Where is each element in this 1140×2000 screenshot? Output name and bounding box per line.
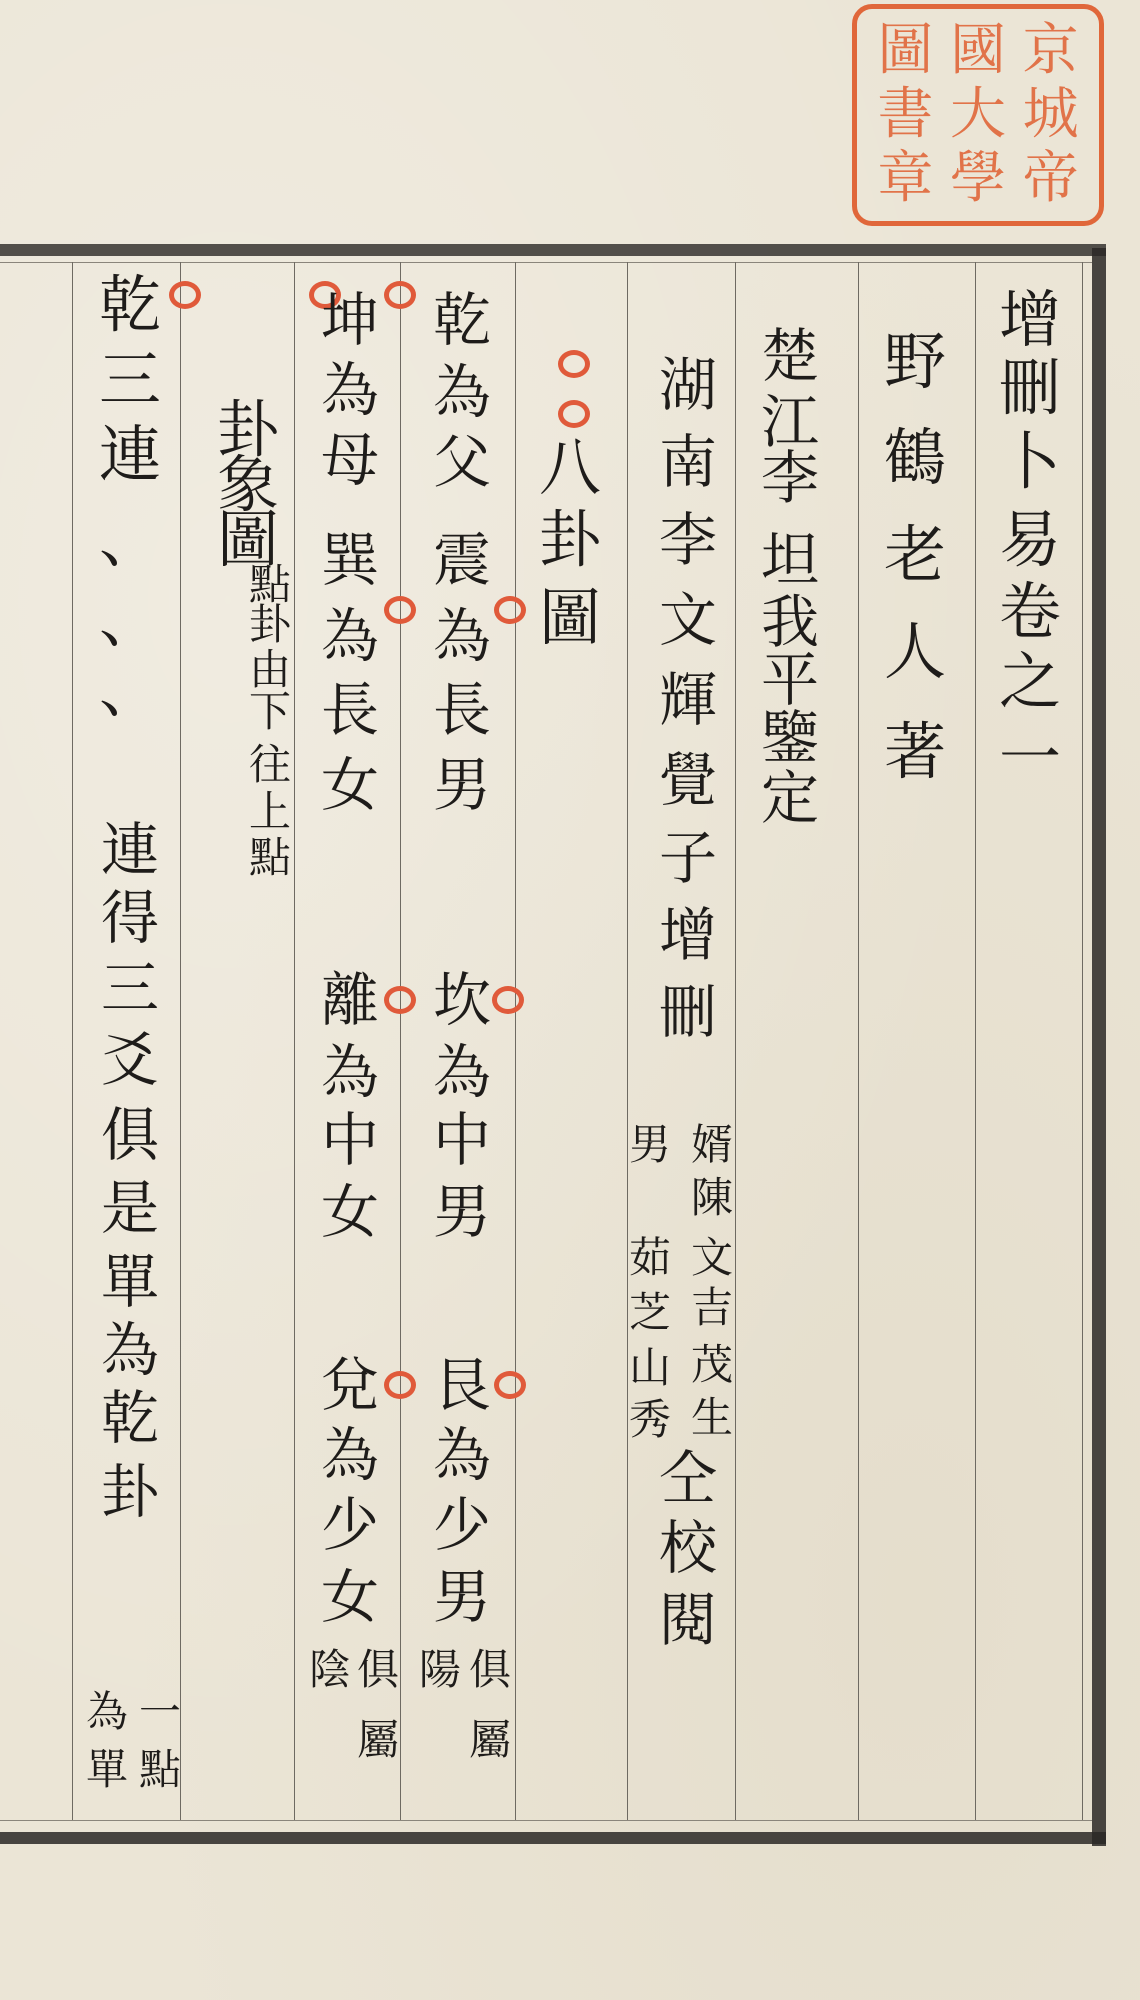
collator-right-char: 茂: [691, 1344, 733, 1386]
yang-entry-char: 少: [433, 1496, 491, 1554]
yin-entry-char: 中: [321, 1111, 379, 1169]
yin-entry-char: 離: [321, 971, 379, 1029]
diagram-note-char: 上: [249, 791, 291, 833]
red-circle-mark: [558, 400, 590, 428]
seal-char: 城: [1014, 83, 1087, 147]
reviewer-origin-char: 楚: [761, 327, 819, 385]
qian-text-char: 乾: [101, 1389, 159, 1447]
yang-entry-char: 乾: [433, 291, 491, 349]
editor-char: 輝: [659, 671, 717, 729]
collator-right-char: 文: [691, 1237, 733, 1279]
red-circle-mark: [169, 281, 201, 309]
yin-entry-char: 母: [321, 431, 379, 489]
collator-right-char: 吉: [691, 1287, 733, 1329]
column-line: [72, 262, 73, 1820]
right-border: [1092, 248, 1106, 1846]
yin-entry-char: 坤: [321, 291, 379, 349]
qian-text-char: 俱: [101, 1106, 159, 1164]
yin-note-char: 屬: [357, 1719, 399, 1761]
yang-entry-char: 男: [433, 1568, 491, 1626]
qian-mark: 、: [99, 659, 161, 721]
inner-right-line: [1082, 262, 1083, 1820]
qian-mark: 、: [99, 509, 161, 571]
title-char: 卜: [999, 431, 1061, 493]
diagram-note-char: 下: [249, 691, 291, 733]
reviewer-name-char: 定: [761, 769, 819, 827]
title-char: 易: [999, 509, 1061, 571]
red-circle-mark: [558, 350, 590, 378]
reviewer-name-char: 鑒: [761, 709, 819, 767]
collator-left-char: 秀: [629, 1399, 671, 1441]
yang-entry-char: 為: [433, 1426, 491, 1484]
library-seal: 圖 國 京 書 大 城 章 學 帝: [852, 4, 1104, 226]
inner-bottom-line: [0, 1820, 1092, 1821]
qian-text-char: 卦: [101, 1463, 159, 1521]
author-char: 老: [884, 524, 946, 586]
author-suffix: 著: [884, 721, 946, 783]
yang-entry-char: 為: [433, 607, 491, 665]
column-line: [294, 262, 295, 1820]
yin-note-char: 俱: [357, 1649, 399, 1691]
diagram-note-char: 點: [249, 837, 291, 879]
author-char: 鶴: [884, 427, 946, 489]
yang-entry-char: 中: [433, 1111, 491, 1169]
qian-note-char: 點: [139, 1749, 181, 1791]
yang-entry-char: 艮: [433, 1356, 491, 1414]
qian-text-char: 為: [101, 1321, 159, 1379]
yin-entry-char: 女: [321, 756, 379, 814]
editor-char: 文: [659, 591, 717, 649]
yin-entry-char: 為: [321, 361, 379, 419]
qian-text-char: 單: [101, 1253, 159, 1311]
yin-entry-char: 女: [321, 1568, 379, 1626]
seal-char: 學: [942, 147, 1015, 211]
editor-char: 子: [659, 829, 717, 887]
qian-text-char: 三: [101, 959, 159, 1017]
reviewer-origin-char: 江: [761, 393, 819, 451]
yin-note-char: 陰: [309, 1649, 351, 1691]
qian-text-char: 連: [101, 821, 159, 879]
yin-entry-char: 女: [321, 1183, 379, 1241]
column-line: [515, 262, 516, 1820]
editor-char: 增: [659, 906, 717, 964]
yin-entry-char: 為: [321, 1043, 379, 1101]
yang-entry-char: 父: [433, 433, 491, 491]
seal-char: 國: [942, 19, 1015, 83]
qian-text-char: 爻: [101, 1031, 159, 1089]
column-line: [975, 262, 976, 1820]
yang-entry-char: 為: [433, 363, 491, 421]
column-line: [400, 262, 401, 1820]
seal-char: 京: [1014, 19, 1087, 83]
collator-left-char: 芝: [629, 1292, 671, 1334]
collator-left-char: 男: [629, 1124, 671, 1166]
qian-head-char: 連: [99, 424, 161, 486]
qian-note-char: 單: [86, 1749, 128, 1791]
yang-entry-char: 長: [433, 681, 491, 739]
red-circle-mark: [494, 596, 526, 624]
red-circle-mark: [492, 986, 524, 1014]
author-char: 人: [884, 621, 946, 683]
yang-note-char: 俱: [469, 1649, 511, 1691]
yang-entry-char: 男: [433, 756, 491, 814]
yang-entry-char: 坎: [433, 971, 491, 1029]
yin-entry-char: 長: [321, 681, 379, 739]
bottom-border: [0, 1832, 1106, 1844]
reviewer-name-char: 平: [761, 651, 819, 709]
column-line: [627, 262, 628, 1820]
qian-head-char: 乾: [99, 274, 161, 336]
seal-char: 圖: [869, 19, 942, 83]
collator-suffix-char: 仝: [659, 1449, 717, 1507]
collator-suffix-char: 閱: [659, 1591, 717, 1649]
red-circle-mark: [384, 596, 416, 624]
qian-text-char: 得: [101, 889, 159, 947]
column-line: [858, 262, 859, 1820]
seal-char: 帝: [1014, 147, 1087, 211]
collator-right-char: 生: [691, 1397, 733, 1439]
yin-entry-char: 巽: [321, 531, 379, 589]
diagram-note-char: 卦: [249, 604, 291, 646]
title-char: 增: [999, 289, 1061, 351]
red-circle-mark: [384, 986, 416, 1014]
title-char: 之: [999, 651, 1061, 713]
yang-entry-char: 男: [433, 1183, 491, 1241]
collator-right-char: 陳: [691, 1177, 733, 1219]
qian-mark: 、: [99, 589, 161, 651]
seal-char: 書: [869, 83, 942, 147]
yang-note-char: 陽: [419, 1649, 461, 1691]
red-circle-mark: [384, 1371, 416, 1399]
qian-note-char: 為: [86, 1691, 128, 1733]
reviewer-name-char: 我: [761, 593, 819, 651]
qian-text-char: 是: [101, 1179, 159, 1237]
yin-entry-char: 為: [321, 1426, 379, 1484]
yang-entry-char: 為: [433, 1043, 491, 1101]
author-char: 野: [884, 331, 946, 393]
red-circle-mark: [494, 1371, 526, 1399]
yang-note-char: 屬: [469, 1719, 511, 1761]
section-heading-char: 八: [539, 437, 601, 499]
diagram-note-char: 由: [249, 649, 291, 691]
collator-suffix-char: 校: [659, 1519, 717, 1577]
title-char: 一: [999, 727, 1061, 789]
editor-char: 李: [659, 511, 717, 569]
collator-left-char: 茹: [629, 1237, 671, 1279]
column-line: [735, 262, 736, 1820]
red-circle-mark: [384, 281, 416, 309]
seal-char: 大: [942, 83, 1015, 147]
top-border: [0, 244, 1106, 256]
seal-char: 章: [869, 147, 942, 211]
diagram-note-char: 往: [249, 744, 291, 786]
section-heading-char: 卦: [539, 509, 601, 571]
yin-entry-char: 少: [321, 1496, 379, 1554]
editor-char: 覺: [659, 751, 717, 809]
reviewer-name-char: 坦: [761, 531, 819, 589]
title-char: 刪: [999, 357, 1061, 419]
yin-entry-char: 為: [321, 607, 379, 665]
collator-right-char: 婿: [691, 1124, 733, 1166]
qian-head-char: 三: [99, 349, 161, 411]
column-line: [180, 262, 181, 1820]
qian-note-char: 一: [139, 1691, 181, 1733]
editor-char: 湖: [659, 356, 717, 414]
inner-top-line: [0, 262, 1092, 263]
reviewer-origin-char: 李: [761, 449, 819, 507]
collator-left-char: 山: [629, 1347, 671, 1389]
yin-entry-char: 兌: [321, 1356, 379, 1414]
editor-char: 南: [659, 433, 717, 491]
yang-entry-char: 震: [433, 531, 491, 589]
title-char: 卷: [999, 581, 1061, 643]
editor-char: 刪: [659, 983, 717, 1041]
section-heading-char: 圖: [539, 587, 601, 649]
